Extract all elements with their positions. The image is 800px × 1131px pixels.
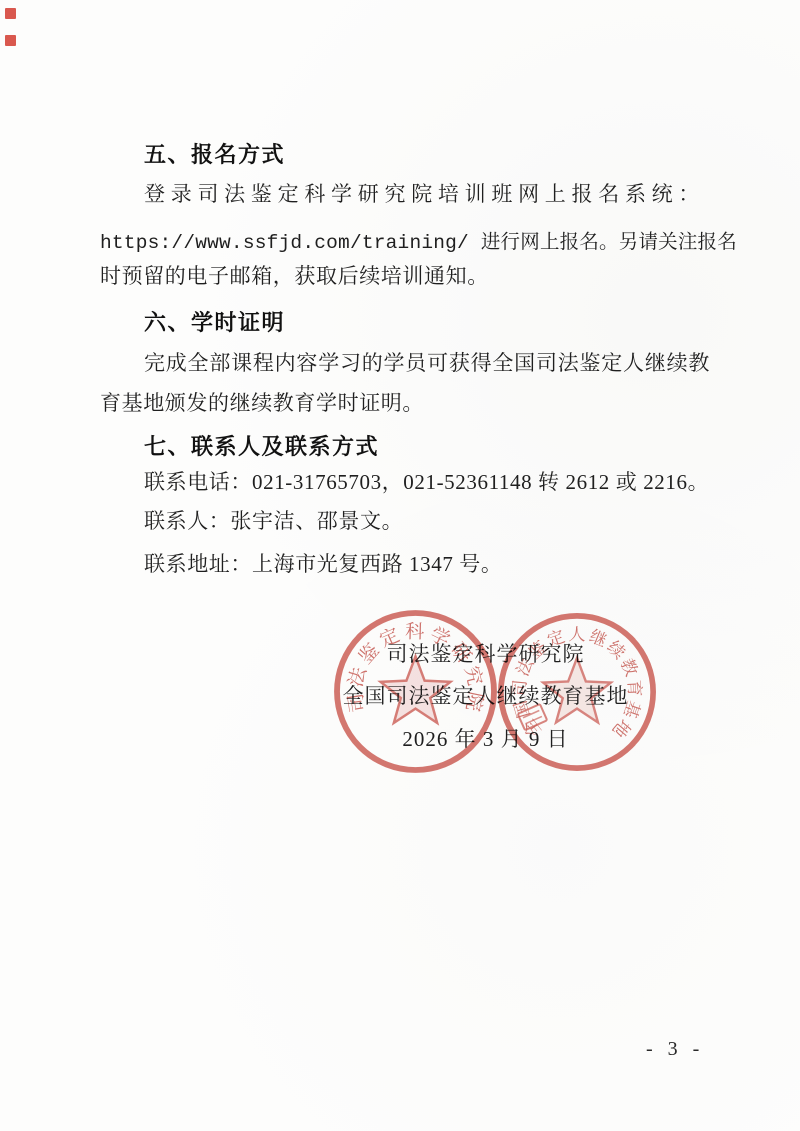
paragraph-line: 时预留的电子邮箱，获取后续培训通知。 [100, 264, 489, 288]
official-seal-left: 司法鉴定科学研究院 [332, 608, 499, 775]
section-heading-certificate: 六、学时证明 [144, 306, 285, 337]
seal-star-icon [543, 658, 611, 722]
page-number: - 3 - [646, 1038, 704, 1061]
contact-address-line: 联系地址：上海市光复西路 1347 号。 [144, 552, 503, 576]
section-heading-registration: 五、报名方式 [144, 138, 285, 169]
paragraph-line: 育基地颁发的继续教育学时证明。 [100, 391, 424, 415]
registration-url-line: https://www.ssfjd.com/training/ 进行网上报名。另… [100, 226, 737, 254]
paragraph-line: 登录司法鉴定科学研究院培训班网上报名系统： [144, 182, 700, 206]
seal-star-icon [381, 656, 451, 722]
contact-phone-line: 联系电话：021-31765703，021-52361148 转 2612 或 … [144, 470, 709, 494]
red-corner-mark-top [5, 8, 16, 19]
red-corner-mark-bottom [5, 35, 16, 46]
section-heading-contacts: 七、联系人及联系方式 [144, 430, 379, 461]
document-page: 五、报名方式 登录司法鉴定科学研究院培训班网上报名系统： https://www… [0, 0, 800, 1131]
contact-person-line: 联系人：张宇洁、邵景文。 [144, 509, 403, 533]
official-seal-right: 全国司法鉴定人继续教育基地 [496, 611, 658, 773]
paragraph-line: 完成全部课程内容学习的学员可获得全国司法鉴定人继续教 [144, 351, 710, 375]
